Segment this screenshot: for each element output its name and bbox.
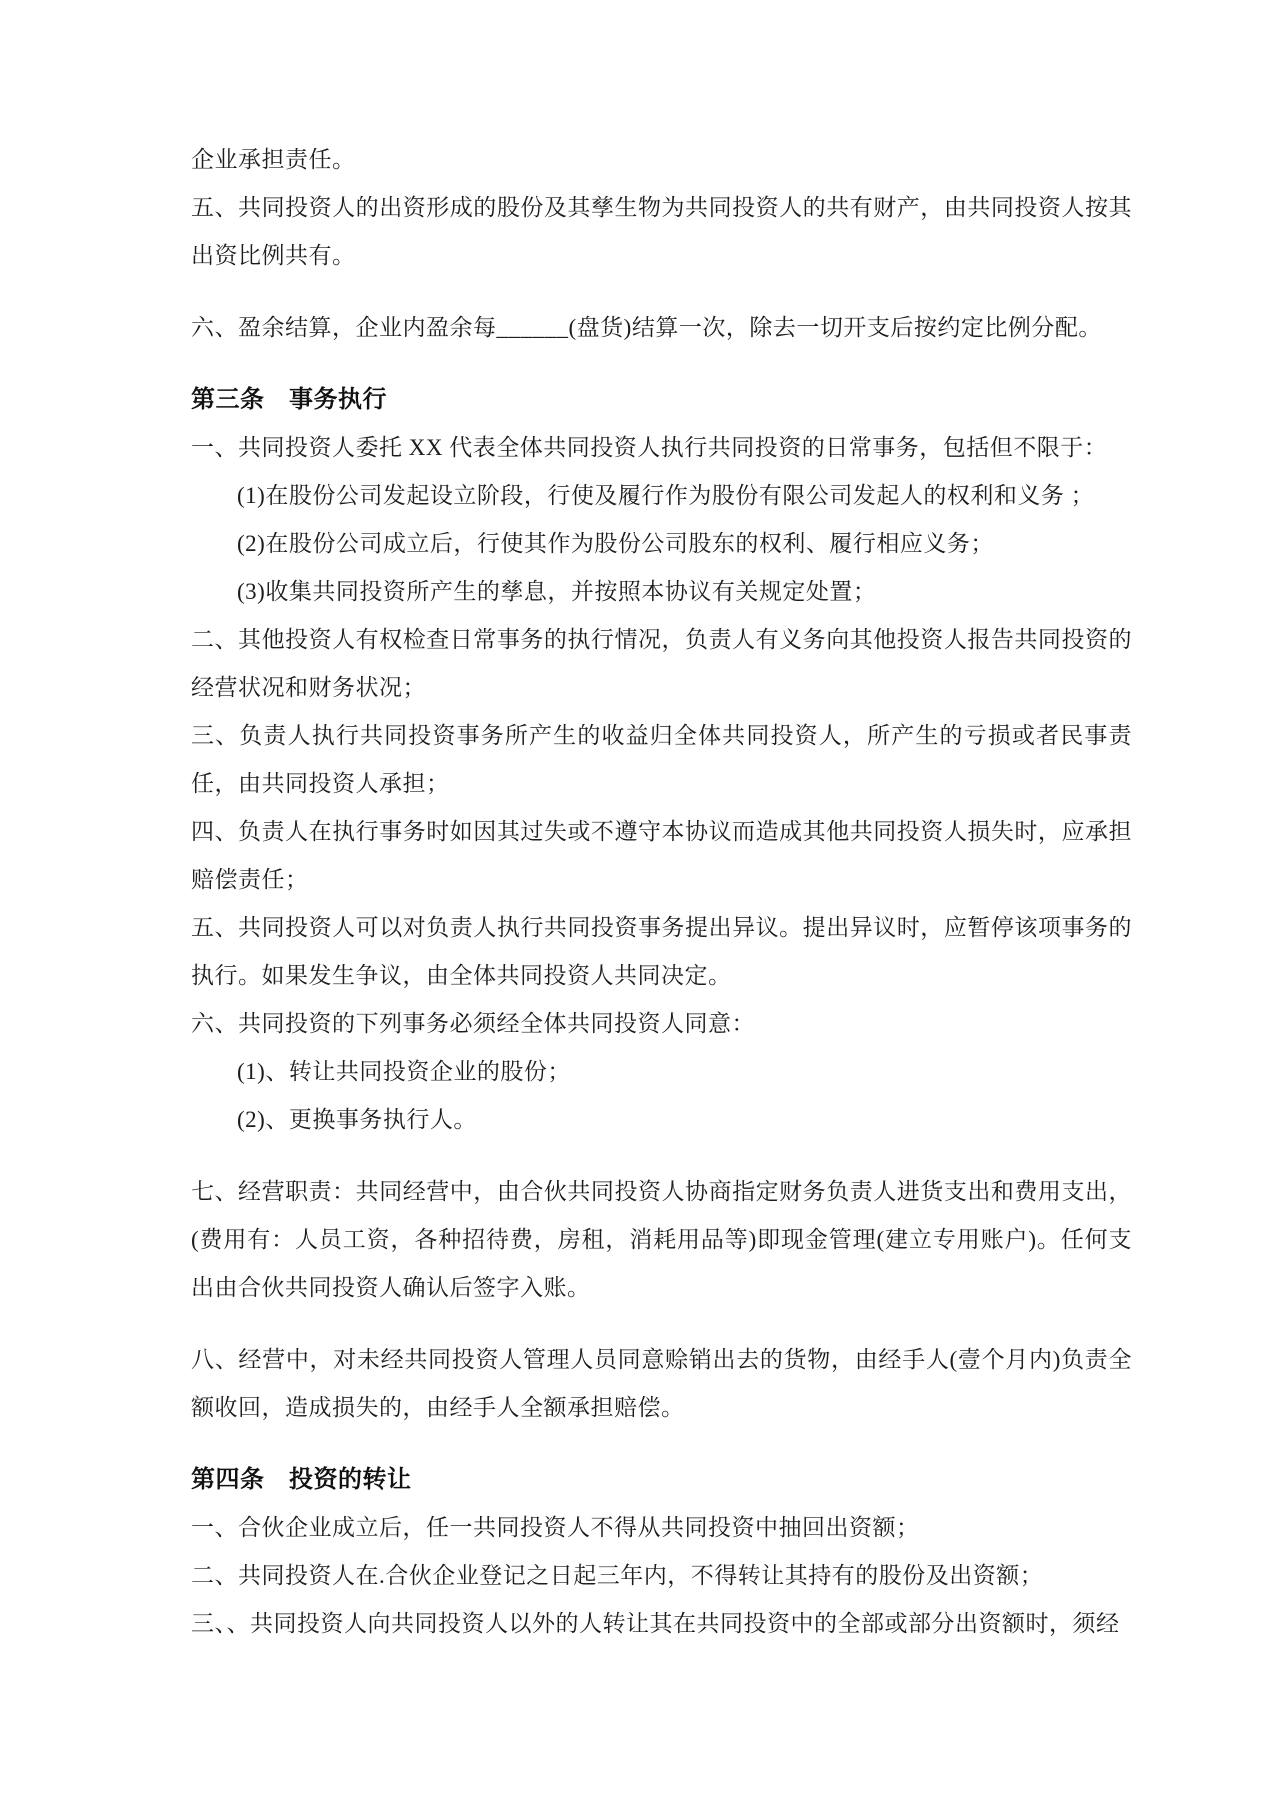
paragraph: (2)在股份公司成立后，行使其作为股份公司股东的权利、履行相应义务； xyxy=(191,520,1132,568)
paragraph: 六、共同投资的下列事务必须经全体共同投资人同意： xyxy=(191,1000,1132,1048)
paragraph: 六、盈余结算，企业内盈余每______(盘货)结算一次，除去一切开支后按约定比例… xyxy=(191,304,1132,352)
paragraph: (3)收集共同投资所产生的孳息，并按照本协议有关规定处置； xyxy=(191,568,1132,616)
paragraph: 五、共同投资人可以对负责人执行共同投资事务提出异议。提出异议时，应暂停该项事务的… xyxy=(191,904,1132,1000)
section-heading: 第三条 事务执行 xyxy=(191,376,1132,424)
paragraph: 五、共同投资人的出资形成的股份及其孳生物为共同投资人的共有财产，由共同投资人按其… xyxy=(191,184,1132,280)
paragraph: (2)、更换事务执行人。 xyxy=(191,1096,1132,1144)
paragraph: 二、共同投资人在.合伙企业登记之日起三年内，不得转让其持有的股份及出资额； xyxy=(191,1552,1132,1600)
paragraph: 一、合伙企业成立后，任一共同投资人不得从共同投资中抽回出资额； xyxy=(191,1504,1132,1552)
paragraph: 三、、共同投资人向共同投资人以外的人转让其在共同投资中的全部或部分出资额时，须经 xyxy=(191,1600,1132,1648)
paragraph: 企业承担责任。 xyxy=(191,136,1132,184)
document-page: 企业承担责任。五、共同投资人的出资形成的股份及其孳生物为共同投资人的共有财产，由… xyxy=(191,136,1132,1648)
paragraph: 三、负责人执行共同投资事务所产生的收益归全体共同投资人，所产生的亏损或者民事责任… xyxy=(191,712,1132,808)
paragraph: 二、其他投资人有权检查日常事务的执行情况，负责人有义务向其他投资人报告共同投资的… xyxy=(191,616,1132,712)
paragraph: 一、共同投资人委托 XX 代表全体共同投资人执行共同投资的日常事务，包括但不限于… xyxy=(191,424,1132,472)
paragraph: 四、负责人在执行事务时如因其过失或不遵守本协议而造成其他共同投资人损失时，应承担… xyxy=(191,808,1132,904)
section-heading: 第四条 投资的转让 xyxy=(191,1456,1132,1504)
paragraph: 八、经营中，对未经共同投资人管理人员同意赊销出去的货物，由经手人(壹个月内)负责… xyxy=(191,1336,1132,1432)
paragraph: 七、经营职责：共同经营中，由合伙共同投资人协商指定财务负责人进货支出和费用支出，… xyxy=(191,1168,1132,1312)
paragraph: (1)在股份公司发起设立阶段，行使及履行作为股份有限公司发起人的权利和义务 ； xyxy=(191,472,1132,520)
paragraph: (1)、转让共同投资企业的股份； xyxy=(191,1048,1132,1096)
